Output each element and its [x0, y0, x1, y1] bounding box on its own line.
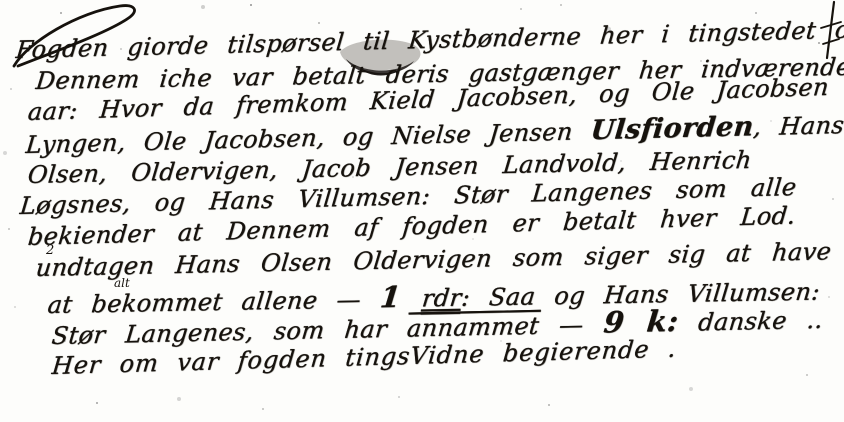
manuscript-page: Fogden giorde tilspørsel til Kystbøndern… [0, 0, 844, 422]
paper-speckles [0, 0, 2, 2]
emphasized-place-name: Ulsfiorden [589, 111, 755, 146]
line-text-mid: — [538, 310, 605, 339]
line-text-post: danske .. [677, 306, 825, 337]
line-text-post: , Hans [752, 111, 844, 141]
